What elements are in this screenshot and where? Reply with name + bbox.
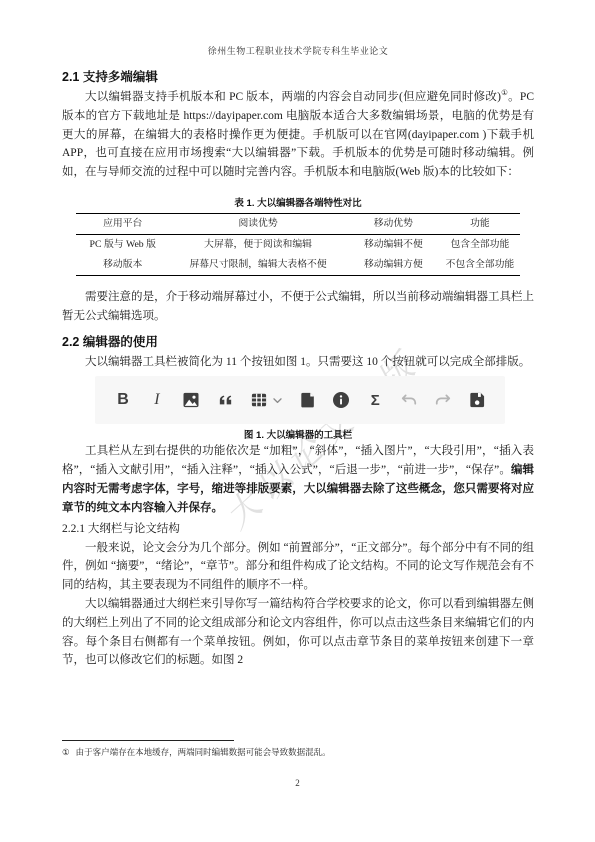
paragraph-mobile-note: 需要注意的是，介于移动端屏幕过小，不便于公式编辑，所以当前移动端编辑器工具栏上暂… [62, 288, 534, 326]
section-heading-2-1: 2.1 支持多端编辑 [62, 67, 534, 85]
col-header-mobility: 移动优势 [347, 213, 440, 234]
citation-icon [297, 389, 317, 411]
running-header: 徐州生物工程职业技术学院专科生毕业论文 [62, 44, 534, 57]
insert-table-icon [249, 389, 269, 411]
insert-image-icon [181, 389, 201, 411]
save-icon [467, 389, 487, 411]
cell-reading: 大屏幕，便于阅读和编辑 [169, 234, 346, 255]
footnote: ①由于客户端存在本地缓存，两端同时编辑数据可能会导致数据混乱。 [62, 746, 534, 759]
italic-icon: I [147, 389, 167, 411]
footnote-area: ①由于客户端存在本地缓存，两端同时编辑数据可能会导致数据混乱。 [62, 740, 534, 759]
paragraph-text: 。PC 版本的官方下载地址是 https://dayipaper.com 电脑版… [62, 91, 534, 178]
formula-icon: Σ [365, 389, 385, 411]
comparison-table: 应用平台 阅读优势 移动优势 功能 PC 版与 Web 版 大屏幕，便于阅读和编… [76, 213, 520, 276]
toolbar-screenshot: B I Σ [95, 376, 505, 424]
insert-table-button-group [249, 389, 284, 411]
footnote-divider [62, 740, 234, 741]
col-header-platform: 应用平台 [76, 213, 169, 234]
paragraph-text: 工具栏从左到右提供的功能依次是 “加粗”，“斜体”，“插入图片”，“大段引用”，… [62, 445, 534, 476]
cell-platform: PC 版与 Web 版 [76, 234, 169, 255]
page-number: 2 [0, 778, 595, 788]
table-caption: 表 1. 大以编辑器各端特性对比 [62, 195, 534, 209]
paragraph-toolbar-functions: 工具栏从左到右提供的功能依次是 “加粗”，“斜体”，“插入图片”，“大段引用”，… [62, 442, 534, 517]
cell-reading: 屏幕尺寸限制，编辑大表格不便 [169, 255, 346, 276]
table-header-row: 应用平台 阅读优势 移动优势 功能 [76, 213, 520, 234]
cell-mobility: 移动编辑方便 [347, 255, 440, 276]
page-content: 徐州生物工程职业技术学院专科生毕业论文 2.1 支持多端编辑 大以编辑器支持手机… [0, 0, 595, 670]
table-row: 移动版本 屏幕尺寸限制，编辑大表格不便 移动编辑方便 不包含全部功能 [76, 255, 520, 276]
cell-platform: 移动版本 [76, 255, 169, 276]
figure-caption: 图 1. 大以编辑器的工具栏 [62, 427, 534, 441]
redo-icon [433, 389, 453, 411]
section-heading-2-2-1: 2.2.1 大纲栏与论文结构 [62, 520, 534, 539]
cell-mobility: 移动编辑不便 [347, 234, 440, 255]
chevron-down-icon [271, 389, 284, 411]
paragraph-text: 大以编辑器支持手机版本和 PC 版本，两端的内容会自动同步(但应避免同时修改) [85, 91, 501, 103]
paragraph-multi-device: 大以编辑器支持手机版本和 PC 版本，两端的内容会自动同步(但应避免同时修改)①… [62, 88, 534, 182]
annotation-icon [331, 389, 351, 411]
bold-icon: B [113, 389, 133, 411]
table-row: PC 版与 Web 版 大屏幕，便于阅读和编辑 移动编辑不便 包含全部功能 [76, 234, 520, 255]
blockquote-icon [215, 389, 235, 411]
paragraph-toolbar-intro: 大以编辑器工具栏被简化为 11 个按钮如图 1。只需要这 10 个按钮就可以完成… [62, 353, 534, 372]
paragraph-structure: 一般来说，论文会分为几个部分。例如 “前置部分”，“正文部分”。每个部分中有不同… [62, 539, 534, 595]
col-header-features: 功能 [440, 213, 520, 234]
footnote-marker: ① [62, 747, 70, 757]
paragraph-outline-bar: 大以编辑器通过大纲栏来引导你写一篇结构符合学校要求的论文，你可以看到编辑器左侧的… [62, 595, 534, 670]
cell-features: 不包含全部功能 [440, 255, 520, 276]
footnote-text: 由于客户端存在本地缓存，两端同时编辑数据可能会导致数据混乱。 [76, 747, 331, 757]
col-header-reading: 阅读优势 [169, 213, 346, 234]
cell-features: 包含全部功能 [440, 234, 520, 255]
document-page: 大以论文排版 徐州生物工程职业技术学院专科生毕业论文 2.1 支持多端编辑 大以… [0, 0, 595, 842]
undo-icon [399, 389, 419, 411]
section-heading-2-2: 2.2 编辑器的使用 [62, 332, 534, 350]
